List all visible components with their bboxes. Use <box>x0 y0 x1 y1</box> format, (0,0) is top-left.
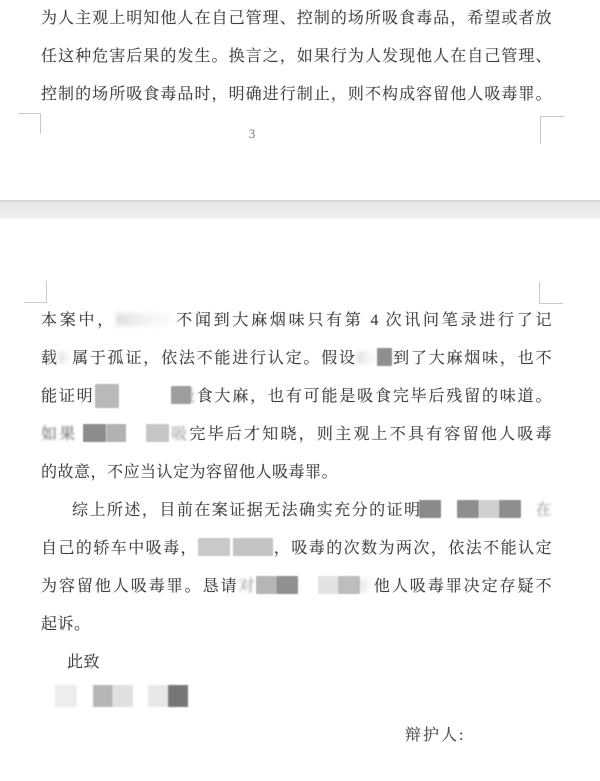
redaction-gap <box>441 513 457 515</box>
paragraph-line: 如果吸完毕后才知晓，则主观上不具有容留他人吸毒 <box>41 416 552 454</box>
body-text: 到了大麻烟味，也不 <box>392 350 552 367</box>
paragraph-line: 本案中，不闻到大麻烟味只有第 4 次讯问笔录进行了记 <box>41 302 552 340</box>
redacted-text-block <box>457 500 479 518</box>
paragraph-line: 综上所述，目前在案证据无法确实充分的证明在 <box>41 492 552 530</box>
redacted-text-block <box>83 424 106 442</box>
redacted-text-block <box>419 500 441 518</box>
margin-corner-mark <box>540 116 564 144</box>
page-1: 为人主观上明知他人在自己管理、控制的场所吸食毒品，希望或者放 任这种危害后果的发… <box>0 0 600 200</box>
redacted-signature-block <box>93 685 113 707</box>
document-view: 为人主观上明知他人在自己管理、控制的场所吸食毒品，希望或者放 任这种危害后果的发… <box>0 0 600 781</box>
body-text: 属于孤证，依法不能进行认定。假设 <box>71 350 357 367</box>
paragraph-line: 载属于孤证，依法不能进行认定。假设到了大麻烟味，也不 <box>41 340 552 378</box>
blurred-redaction-ghost <box>116 313 174 326</box>
body-text: 自己的轿车中吸毒， <box>41 540 198 557</box>
body-text: 综上所述，目前在案证据无法确实充分的证明 <box>71 502 422 519</box>
redaction-gap <box>126 437 146 439</box>
paragraph-line: 任这种危害后果的发生。换言之，如果行为人发现他人在自己管理、 <box>41 38 552 76</box>
body-text: 载 <box>41 350 59 367</box>
redacted-text-block <box>479 500 499 518</box>
redaction-gap <box>298 589 318 591</box>
page-2-text: 本案中，不闻到大麻烟味只有第 4 次讯问笔录进行了记 载属于孤证，依法不能进行认… <box>0 219 600 746</box>
page-number: 3 <box>240 126 264 142</box>
body-text: 他人吸毒罪决定存疑不 <box>372 578 552 595</box>
redaction-gap <box>119 399 171 401</box>
redacted-text-block <box>233 538 273 556</box>
redacted-signature-block <box>55 685 77 707</box>
closing-line: 此致 <box>41 644 552 682</box>
body-text: 食大麻，也有可能是吸食完毕后残留的味道。 <box>197 388 552 405</box>
ghost-character: 对 <box>238 578 256 595</box>
body-text: 为容留他人吸毒罪。恳请 <box>41 578 238 595</box>
redacted-text-block <box>106 424 126 442</box>
paragraph-line: 为容留他人吸毒罪。恳请对他人吸毒罪决定存疑不 <box>41 568 552 606</box>
margin-corner-mark <box>539 282 563 304</box>
redacted-text-block <box>95 384 119 408</box>
paragraph-line: 的故意，不应当认定为容留他人吸毒罪。 <box>41 454 552 492</box>
blurred-redaction-ghost <box>59 351 71 364</box>
body-text: 本案中， <box>41 312 116 329</box>
ghost-character: 在 <box>535 502 552 519</box>
paragraph-line: 控制的场所吸食毒品时，明确进行制止，则不构成容留他人吸毒罪。 <box>41 76 552 114</box>
paragraph-indent <box>41 514 71 515</box>
blurred-redaction-ghost <box>360 579 372 592</box>
redacted-text-block <box>338 576 360 594</box>
ghost-character: 如果 <box>41 426 77 443</box>
paragraph-line: 自己的轿车中吸毒，，吸毒的次数为两次，依法不能认定 <box>41 530 552 568</box>
redaction-gap <box>133 706 148 707</box>
page-1-text: 为人主观上明知他人在自己管理、控制的场所吸食毒品，希望或者放 任这种危害后果的发… <box>0 0 600 114</box>
defender-label: 辩护人: <box>405 727 465 744</box>
redacted-signature-block <box>168 685 188 707</box>
blurred-redaction-ghost <box>357 351 377 364</box>
redaction-gap <box>77 706 93 707</box>
page-gap <box>0 200 600 219</box>
redacted-signature-block <box>113 685 133 707</box>
body-text: 能证明 <box>41 388 95 405</box>
redacted-text-block <box>377 348 392 366</box>
redacted-recipient-row <box>41 685 552 709</box>
redacted-text-block <box>146 424 169 442</box>
body-text: ，吸毒的次数为两次，依法不能认定 <box>273 540 552 557</box>
body-text: 完毕后才知晓，则主观上不具有容留他人吸毒 <box>189 426 552 443</box>
redacted-signature-block <box>148 685 168 707</box>
redacted-text-block <box>318 576 338 594</box>
body-text: 不闻到大麻烟味只有第 4 次讯问笔录进行了记 <box>174 312 552 329</box>
redaction-gap <box>521 513 535 515</box>
signature-row: 辩护人: <box>41 726 552 746</box>
paragraph-line: 为人主观上明知他人在自己管理、控制的场所吸食毒品，希望或者放 <box>41 0 552 38</box>
ghost-character: 吸 <box>169 426 189 443</box>
margin-corner-mark <box>24 281 47 303</box>
redacted-text-block <box>499 500 521 518</box>
paragraph-line: 能证明吸食大麻，也有可能是吸食完毕后残留的味道。 <box>41 378 552 416</box>
paragraph-line: 起诉。 <box>41 606 552 644</box>
redacted-text-block <box>256 576 276 594</box>
redacted-text-block <box>198 538 230 556</box>
margin-corner-mark <box>18 113 41 134</box>
redacted-text-block <box>171 386 191 404</box>
redacted-text-block <box>276 576 298 594</box>
page-2: 本案中，不闻到大麻烟味只有第 4 次讯问笔录进行了记 载属于孤证，依法不能进行认… <box>0 219 600 781</box>
